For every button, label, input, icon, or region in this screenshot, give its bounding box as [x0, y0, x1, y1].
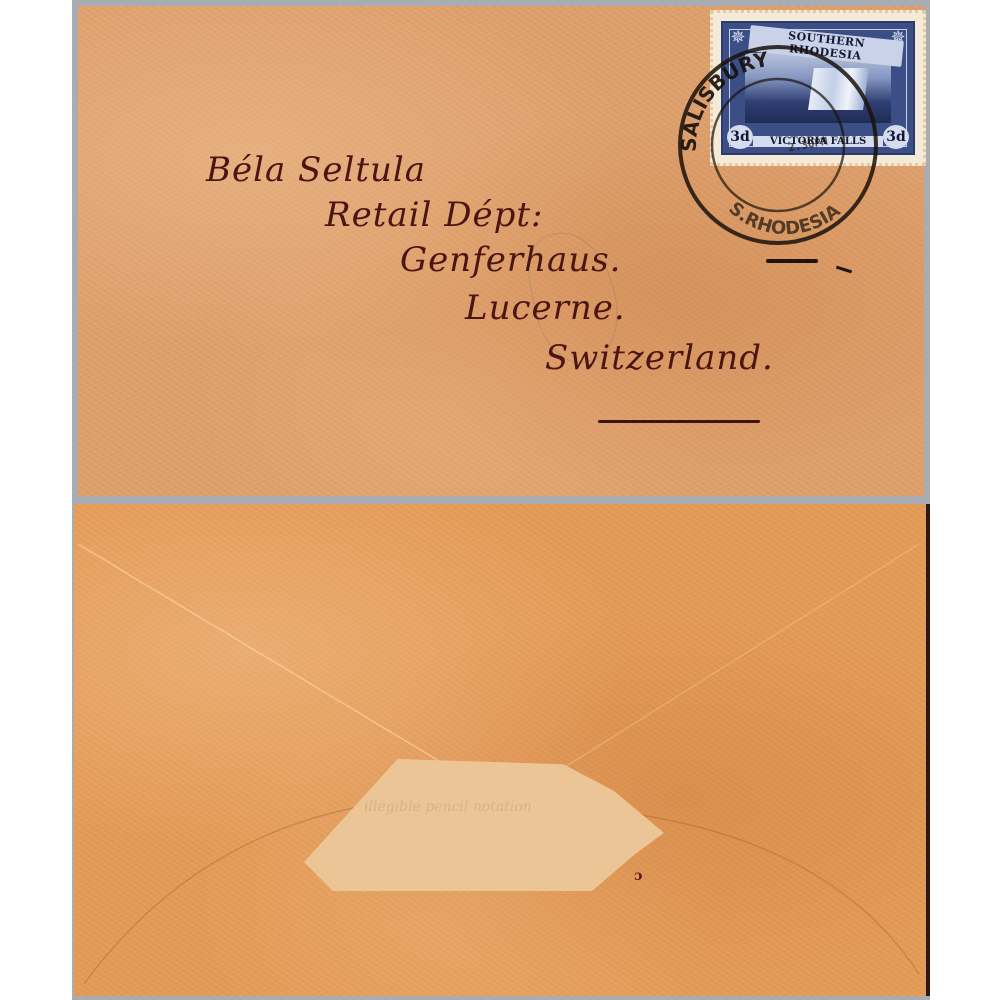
postmark-rings-icon: SALISBURY S.RHODESIA	[668, 40, 888, 250]
envelope-back: illegible pencil notation ɔ	[74, 504, 926, 996]
scan-edge-shadow	[926, 504, 930, 996]
cancel-bar	[766, 259, 818, 263]
svg-text:S.RHODESIA: S.RHODESIA	[725, 198, 845, 239]
address-underline	[598, 420, 760, 423]
svg-text:SALISBURY: SALISBURY	[677, 47, 771, 152]
envelope-flap-lines	[74, 504, 926, 996]
address-line-department: Retail Dépt:	[325, 195, 543, 235]
address-line-city: Lucerne.	[465, 288, 626, 328]
seal-pencil-note: illegible pencil notation	[364, 799, 532, 815]
postmark-bottom-text: S.RHODESIA	[725, 198, 845, 239]
postmark: SALISBURY S.RHODESIA 2.30PM	[668, 40, 888, 250]
address-line-country: Switzerland.	[545, 338, 774, 378]
address-line-name: Béla Seltula	[206, 150, 426, 190]
ink-mark: ɔ	[634, 868, 643, 884]
postmark-top-text: SALISBURY	[677, 47, 771, 152]
address-line-building: Genferhaus.	[400, 240, 621, 280]
